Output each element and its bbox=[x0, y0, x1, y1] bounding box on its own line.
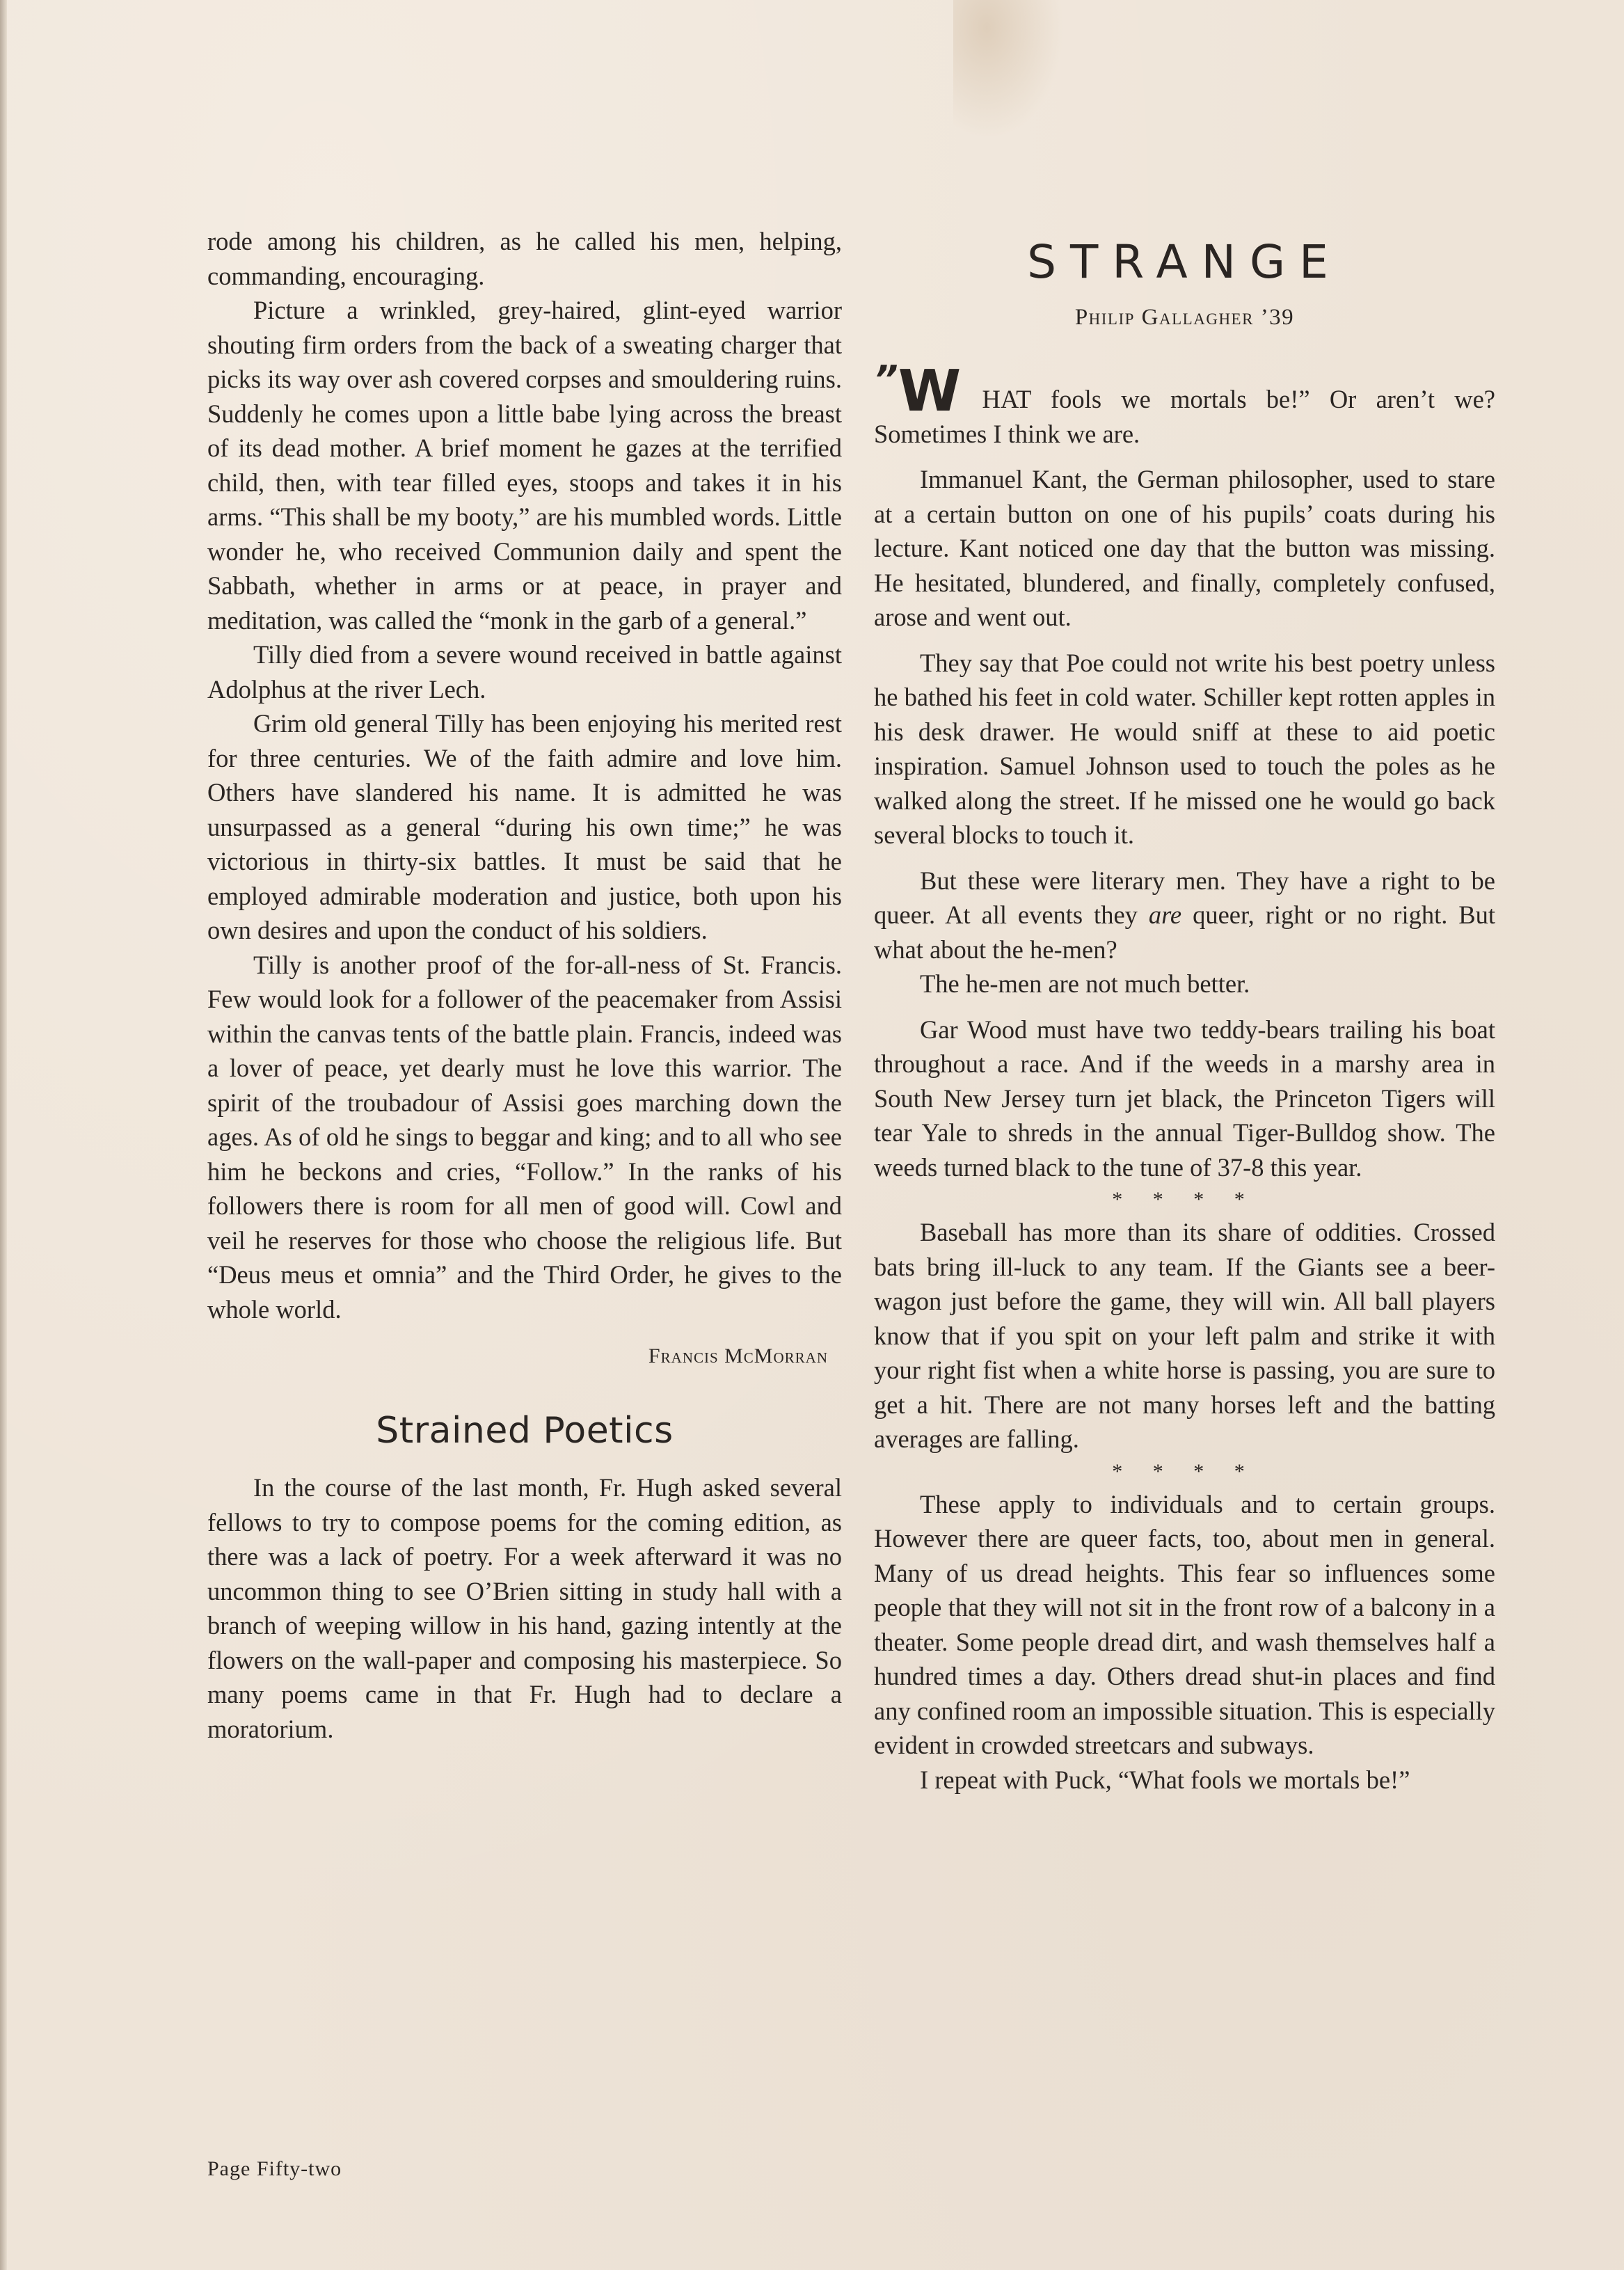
magazine-page: rode among his children, as he called hi… bbox=[0, 0, 1624, 2270]
paragraph: But these were literary men. They have a… bbox=[874, 864, 1495, 967]
opening-paragraph: ”W HAT fools we mortals be!” Or aren’t w… bbox=[874, 363, 1495, 451]
page-number: Page Fifty-two bbox=[207, 2157, 342, 2181]
paragraph: Tilly is another proof of the for-all-ne… bbox=[207, 948, 842, 1327]
paragraph: These apply to individuals and to certai… bbox=[874, 1487, 1495, 1763]
dropcap-letter: W bbox=[898, 358, 961, 424]
section-title: Strained Poetics bbox=[207, 1414, 842, 1449]
article-title: STRANGE bbox=[874, 245, 1495, 280]
section-separator: * * * * bbox=[874, 1184, 1495, 1215]
emphasis: are bbox=[1149, 900, 1181, 929]
paragraph: In the course of the last month, Fr. Hug… bbox=[207, 1470, 842, 1746]
paragraph: Grim old general Tilly has been enjoying… bbox=[207, 706, 842, 948]
byline: Philip Gallagher ’39 bbox=[874, 301, 1495, 335]
paragraph: Gar Wood must have two teddy-bears trail… bbox=[874, 1013, 1495, 1185]
left-column: rode among his children, as he called hi… bbox=[207, 224, 842, 1746]
paragraph: The he-men are not much better. bbox=[874, 967, 1495, 1001]
paragraph: Picture a wrinkled, grey-haired, glint-e… bbox=[207, 293, 842, 637]
paragraph: Immanuel Kant, the German philosopher, u… bbox=[874, 462, 1495, 635]
paragraph: rode among his children, as he called hi… bbox=[207, 224, 842, 293]
paragraph: They say that Poe could not write his be… bbox=[874, 646, 1495, 852]
paper-stain bbox=[953, 0, 1065, 139]
opening-text: HAT fools we mortals be!” Or aren’t we? … bbox=[874, 385, 1495, 448]
paragraph: I repeat with Puck, “What fools we morta… bbox=[874, 1763, 1495, 1797]
paragraph: Baseball has more than its share of oddi… bbox=[874, 1215, 1495, 1457]
dropcap-quote: ” bbox=[874, 358, 898, 402]
right-column: STRANGE Philip Gallagher ’39 ”W HAT fool… bbox=[874, 245, 1495, 1797]
author-signature: Francis McMorran bbox=[207, 1339, 842, 1374]
paragraph: Tilly died from a severe wound received … bbox=[207, 637, 842, 706]
section-separator: * * * * bbox=[874, 1457, 1495, 1487]
page-edge bbox=[0, 0, 7, 2270]
